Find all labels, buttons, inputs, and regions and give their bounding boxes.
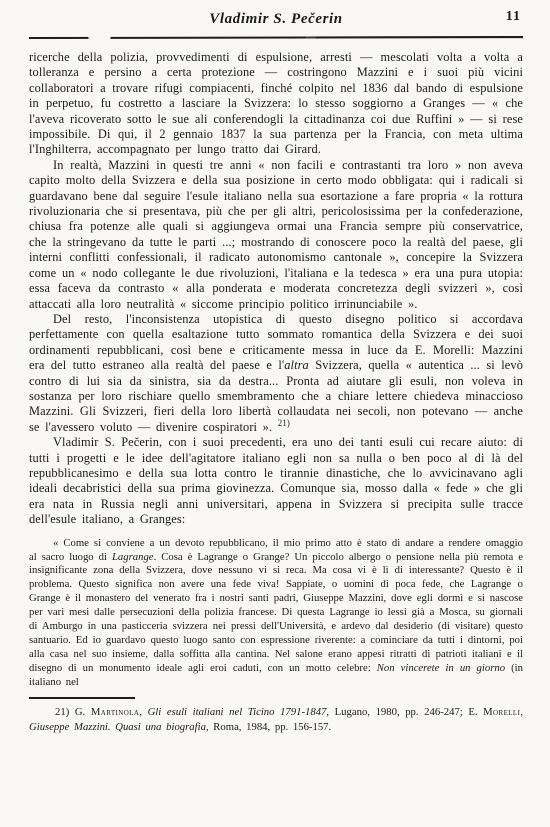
footnote: 21) G. Martinola, Gli esuli italiani nel… [29,705,523,734]
text-segment-smallcaps: Martinola [91,706,139,718]
text-segment-italic: Lagrange [112,551,154,563]
footnote-separator [29,697,135,700]
block-quote: « Come si conviene a un devoto repubblic… [29,537,523,690]
text-segment: In realtà, Mazzini in questi tre anni « … [29,158,523,311]
text-segment: ricerche della polizia, provvedimenti di… [29,50,523,156]
page-number: 11 [506,9,521,25]
text-segment: , Lugano, 1980, pp. 246-247; E. [326,706,483,718]
text-segment-smallcaps: Morelli [483,706,520,718]
text-segment: , Roma, 1984, pp. 156-157. [206,721,331,733]
paragraph-1: ricerche della polizia, provvedimenti di… [29,50,523,158]
text-segment: , [520,706,523,718]
header-rule [29,36,523,39]
paragraph-2: In realtà, Mazzini in questi tre anni « … [29,158,523,312]
text-segment-italic: Non vincerete in un giorno [377,662,505,674]
text-segment-italic: Gli esuli italiani nel Ticino 1791-1847 [148,706,327,718]
page-body: ricerche della polizia, provvedimenti di… [29,50,523,690]
text-segment-sup: 21) [278,418,290,428]
book-page: Vladimir S. Pečerin 11 ricerche della po… [0,0,550,827]
running-title: Vladimir S. Pečerin [29,8,523,28]
text-segment-italic: altra [284,358,309,372]
page-header: Vladimir S. Pečerin 11 [29,8,523,32]
text-segment: Vladimir S. Pečerin, con i suoi preceden… [29,435,523,526]
text-segment: 21) G. [55,706,91,718]
text-segment-italic: Giuseppe Mazzini. Quasi una biografia [29,721,206,733]
text-segment: , [139,706,147,718]
text-segment: . Cosa è Lagrange o Grange? Un piccolo a… [29,551,523,674]
paragraph-3: Del resto, l'inconsistenza utopistica di… [29,312,523,435]
paragraph-4: Vladimir S. Pečerin, con i suoi preceden… [29,435,523,527]
